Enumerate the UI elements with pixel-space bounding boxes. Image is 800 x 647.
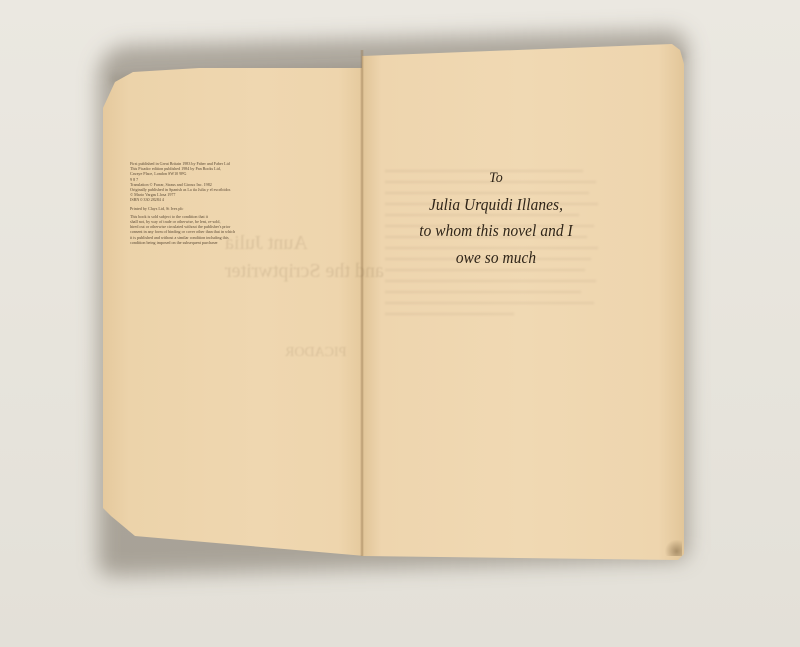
imprint-conditions-block: This book is sold subject to the conditi…	[130, 214, 260, 245]
imprint-line: ISBN 0 330 28284 4	[130, 197, 260, 202]
imprint-line: Printed by Clays Ltd, St Ives plc	[130, 206, 260, 211]
dedication: To Julia Urquidi Illanes, to whom this n…	[376, 170, 616, 276]
imprint-publication-block: First published in Great Britain 1983 by…	[130, 161, 260, 203]
photo-scene: Aunt Julia and the Scriptwriter PICADOR …	[0, 0, 800, 647]
dedication-line: To	[384, 170, 607, 186]
show-through-brand: PICADOR	[285, 345, 346, 361]
open-book: Aunt Julia and the Scriptwriter PICADOR …	[0, 0, 800, 647]
left-page	[103, 68, 365, 556]
show-through-subtitle: and the Scriptwriter	[225, 260, 384, 283]
copyright-imprint: First published in Great Britain 1983 by…	[130, 161, 260, 248]
book-spine-gutter	[360, 50, 364, 556]
dedication-line: owe so much	[384, 250, 607, 266]
dedication-line: to whom this novel and I	[384, 223, 607, 239]
worn-corner	[664, 540, 682, 556]
dedication-line: Julia Urquidi Illanes,	[384, 197, 607, 213]
imprint-line: condition being imposed on the subsequen…	[130, 240, 260, 245]
imprint-printer-block: Printed by Clays Ltd, St Ives plc	[130, 206, 260, 211]
